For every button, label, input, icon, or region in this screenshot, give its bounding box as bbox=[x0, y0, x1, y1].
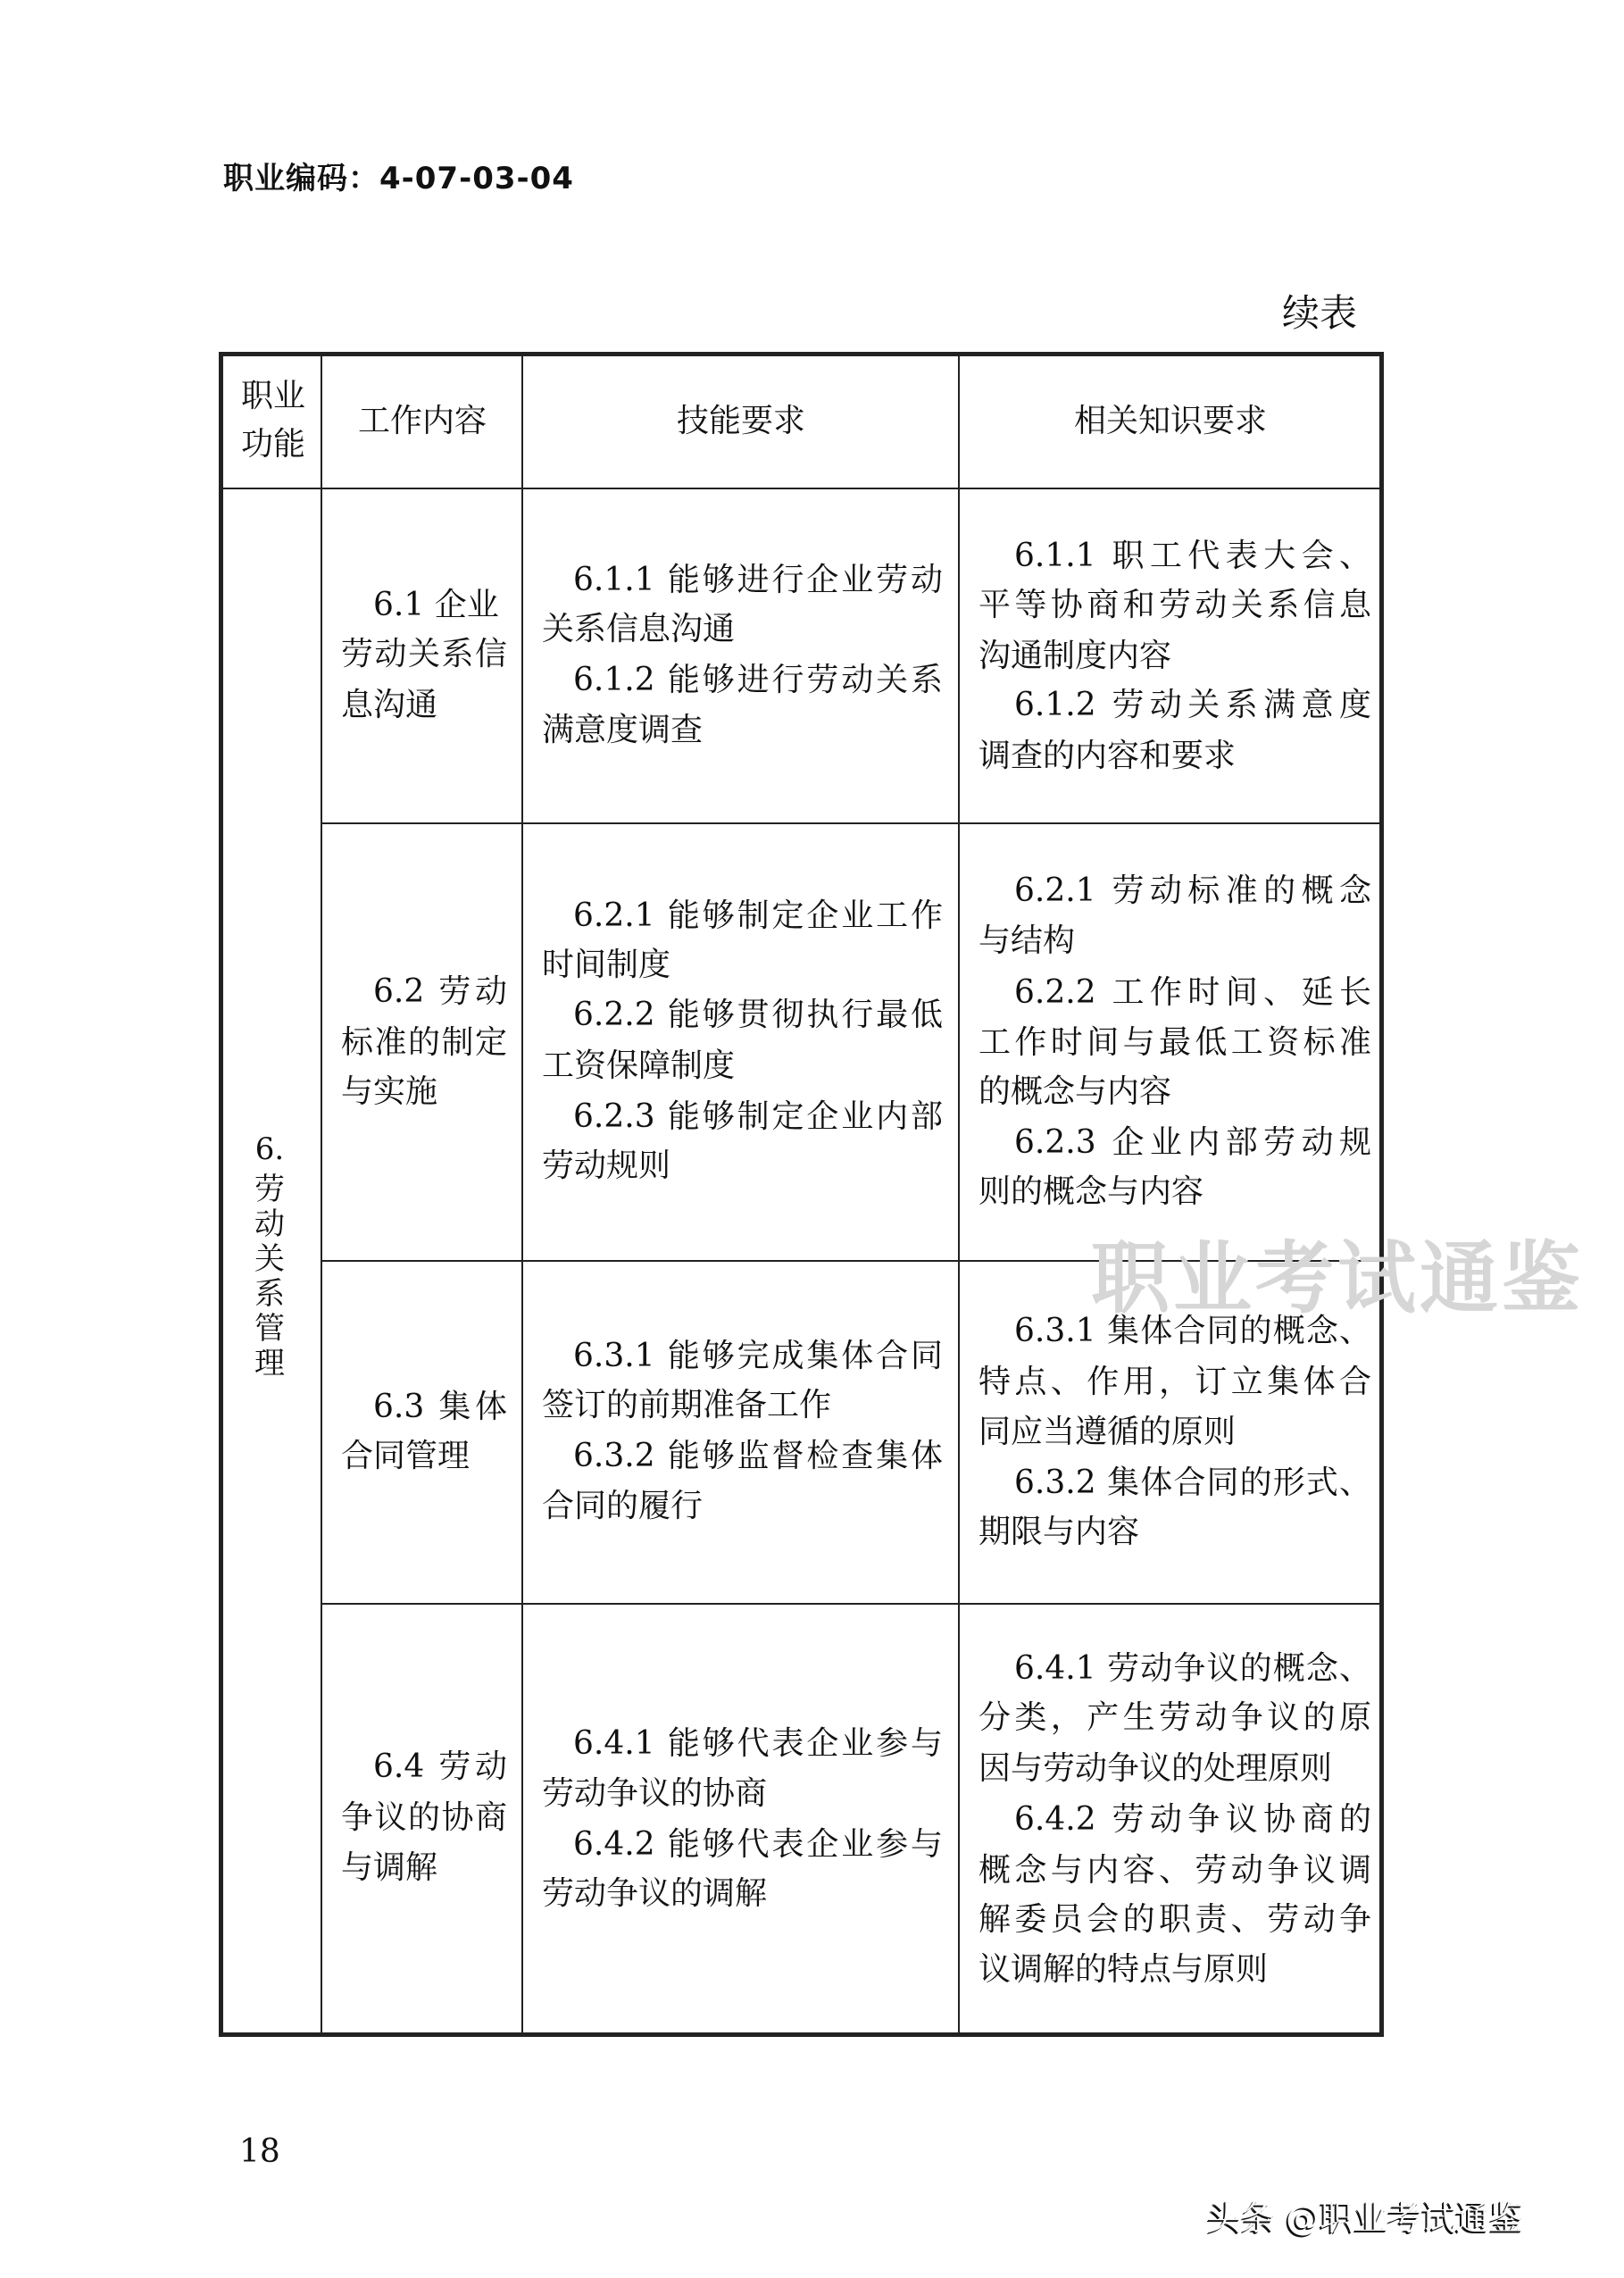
skill-line: 满意度调查 bbox=[542, 705, 943, 755]
skill-line: 6.3.2 能够监督检查集体 bbox=[573, 1431, 943, 1481]
skill-line: 6.2.1 能够制定企业工作 bbox=[573, 890, 943, 941]
skill-line: 6.4.2 能够代表企业参与 bbox=[573, 1819, 943, 1870]
skill-line: 6.2.2 能够贯彻执行最低 bbox=[573, 989, 943, 1040]
header-divider bbox=[221, 488, 1381, 489]
skill-line: 6.4.1 能够代表企业参与 bbox=[573, 1718, 943, 1769]
knowledge-line: 6.1.1 职工代表大会、 bbox=[1014, 530, 1371, 581]
skill-line: 劳动争议的协商 bbox=[542, 1768, 943, 1819]
skill-line: 劳动争议的调解 bbox=[542, 1868, 943, 1919]
work-line: 6.3 集体 bbox=[373, 1381, 507, 1432]
knowledge-line: 6.2.3 企业内部劳动规 bbox=[1014, 1117, 1371, 1168]
knowledge-line: 同应当遵循的原则 bbox=[979, 1406, 1371, 1457]
row-divider-3 bbox=[321, 1603, 1381, 1605]
work-line: 劳动关系信 bbox=[341, 629, 507, 680]
function-label: 6. 劳 动 关 系 管 理 bbox=[252, 1132, 287, 1381]
knowledge-line: 6.4.2 劳动争议协商的 bbox=[1014, 1794, 1371, 1845]
skill-line: 时间制度 bbox=[542, 939, 943, 990]
header-function-line2: 功能 bbox=[241, 421, 305, 468]
col-divider-1 bbox=[321, 354, 322, 2034]
knowledge-line: 概念与内容、劳动争议调 bbox=[979, 1845, 1371, 1896]
table-bottom-border bbox=[221, 2032, 1384, 2037]
knowledge-line: 期限与内容 bbox=[979, 1506, 1371, 1557]
page-number: 18 bbox=[239, 2132, 280, 2172]
header-work-content: 工作内容 bbox=[358, 398, 487, 445]
function-number: 6. bbox=[252, 1132, 287, 1167]
knowledge-line: 分类，产生劳动争议的原 bbox=[979, 1692, 1371, 1743]
work-line: 争议的协商 bbox=[341, 1792, 507, 1843]
skill-line: 工资保障制度 bbox=[542, 1040, 943, 1091]
knowledge-line: 6.2.1 劳动标准的概念 bbox=[1014, 865, 1371, 916]
table-left-border bbox=[219, 352, 223, 2037]
skill-line: 6.2.3 能够制定企业内部 bbox=[573, 1091, 943, 1142]
work-line: 6.2 劳动 bbox=[373, 966, 507, 1017]
work-line: 息沟通 bbox=[341, 680, 507, 730]
knowledge-line: 议调解的特点与原则 bbox=[979, 1944, 1371, 1995]
footer-credit: 头条 @职业考试通鉴 bbox=[1207, 2197, 1523, 2240]
knowledge-line: 解委员会的职责、劳动争 bbox=[979, 1894, 1371, 1945]
work-line: 与实施 bbox=[341, 1066, 507, 1117]
skill-line: 6.1.1 能够进行企业劳动 bbox=[573, 555, 943, 605]
knowledge-line: 则的概念与内容 bbox=[979, 1166, 1371, 1217]
knowledge-line: 特点、作用，订立集体合 bbox=[979, 1356, 1371, 1407]
skill-line: 签订的前期准备工作 bbox=[542, 1380, 943, 1431]
continued-label: 续表 bbox=[1282, 290, 1357, 337]
knowledge-line: 6.1.2 劳动关系满意度 bbox=[1014, 680, 1371, 730]
skill-line: 合同的履行 bbox=[542, 1481, 943, 1531]
work-line: 合同管理 bbox=[341, 1431, 507, 1481]
row-divider-1 bbox=[321, 822, 1381, 824]
work-line: 6.1 企业 bbox=[373, 580, 507, 630]
col-divider-2 bbox=[521, 354, 523, 2034]
work-line: 与调解 bbox=[341, 1842, 507, 1893]
knowledge-line: 因与劳动争议的处理原则 bbox=[979, 1743, 1371, 1794]
skill-line: 6.3.1 能够完成集体合同 bbox=[573, 1331, 943, 1381]
work-line: 6.4 劳动 bbox=[373, 1741, 507, 1792]
table-top-border bbox=[221, 352, 1384, 356]
skill-line: 关系信息沟通 bbox=[542, 604, 943, 655]
skill-line: 6.1.2 能够进行劳动关系 bbox=[573, 655, 943, 705]
work-line: 标准的制定 bbox=[341, 1017, 507, 1068]
knowledge-line: 平等协商和劳动关系信息 bbox=[979, 580, 1371, 630]
table-right-border bbox=[1379, 352, 1384, 2037]
watermark: 职业考试通鉴 bbox=[1091, 1225, 1584, 1332]
header-skill-requirements: 技能要求 bbox=[677, 398, 805, 445]
knowledge-line: 沟通制度内容 bbox=[979, 630, 1371, 681]
header-knowledge-requirements: 相关知识要求 bbox=[1074, 398, 1267, 445]
header-function-line1: 职业 bbox=[241, 373, 305, 420]
knowledge-line: 工作时间与最低工资标准 bbox=[979, 1017, 1371, 1068]
occupation-code: 职业编码：4-07-03-04 bbox=[223, 157, 574, 200]
knowledge-line: 6.3.2 集体合同的形式、 bbox=[1014, 1457, 1371, 1508]
knowledge-line: 的概念与内容 bbox=[979, 1066, 1371, 1117]
knowledge-line: 与结构 bbox=[979, 915, 1371, 966]
knowledge-line: 调查的内容和要求 bbox=[979, 730, 1371, 781]
knowledge-line: 6.2.2 工作时间、延长 bbox=[1014, 967, 1371, 1018]
knowledge-line: 6.4.1 劳动争议的概念、 bbox=[1014, 1643, 1371, 1694]
col-divider-3 bbox=[958, 354, 960, 2034]
skill-line: 劳动规则 bbox=[542, 1140, 943, 1191]
